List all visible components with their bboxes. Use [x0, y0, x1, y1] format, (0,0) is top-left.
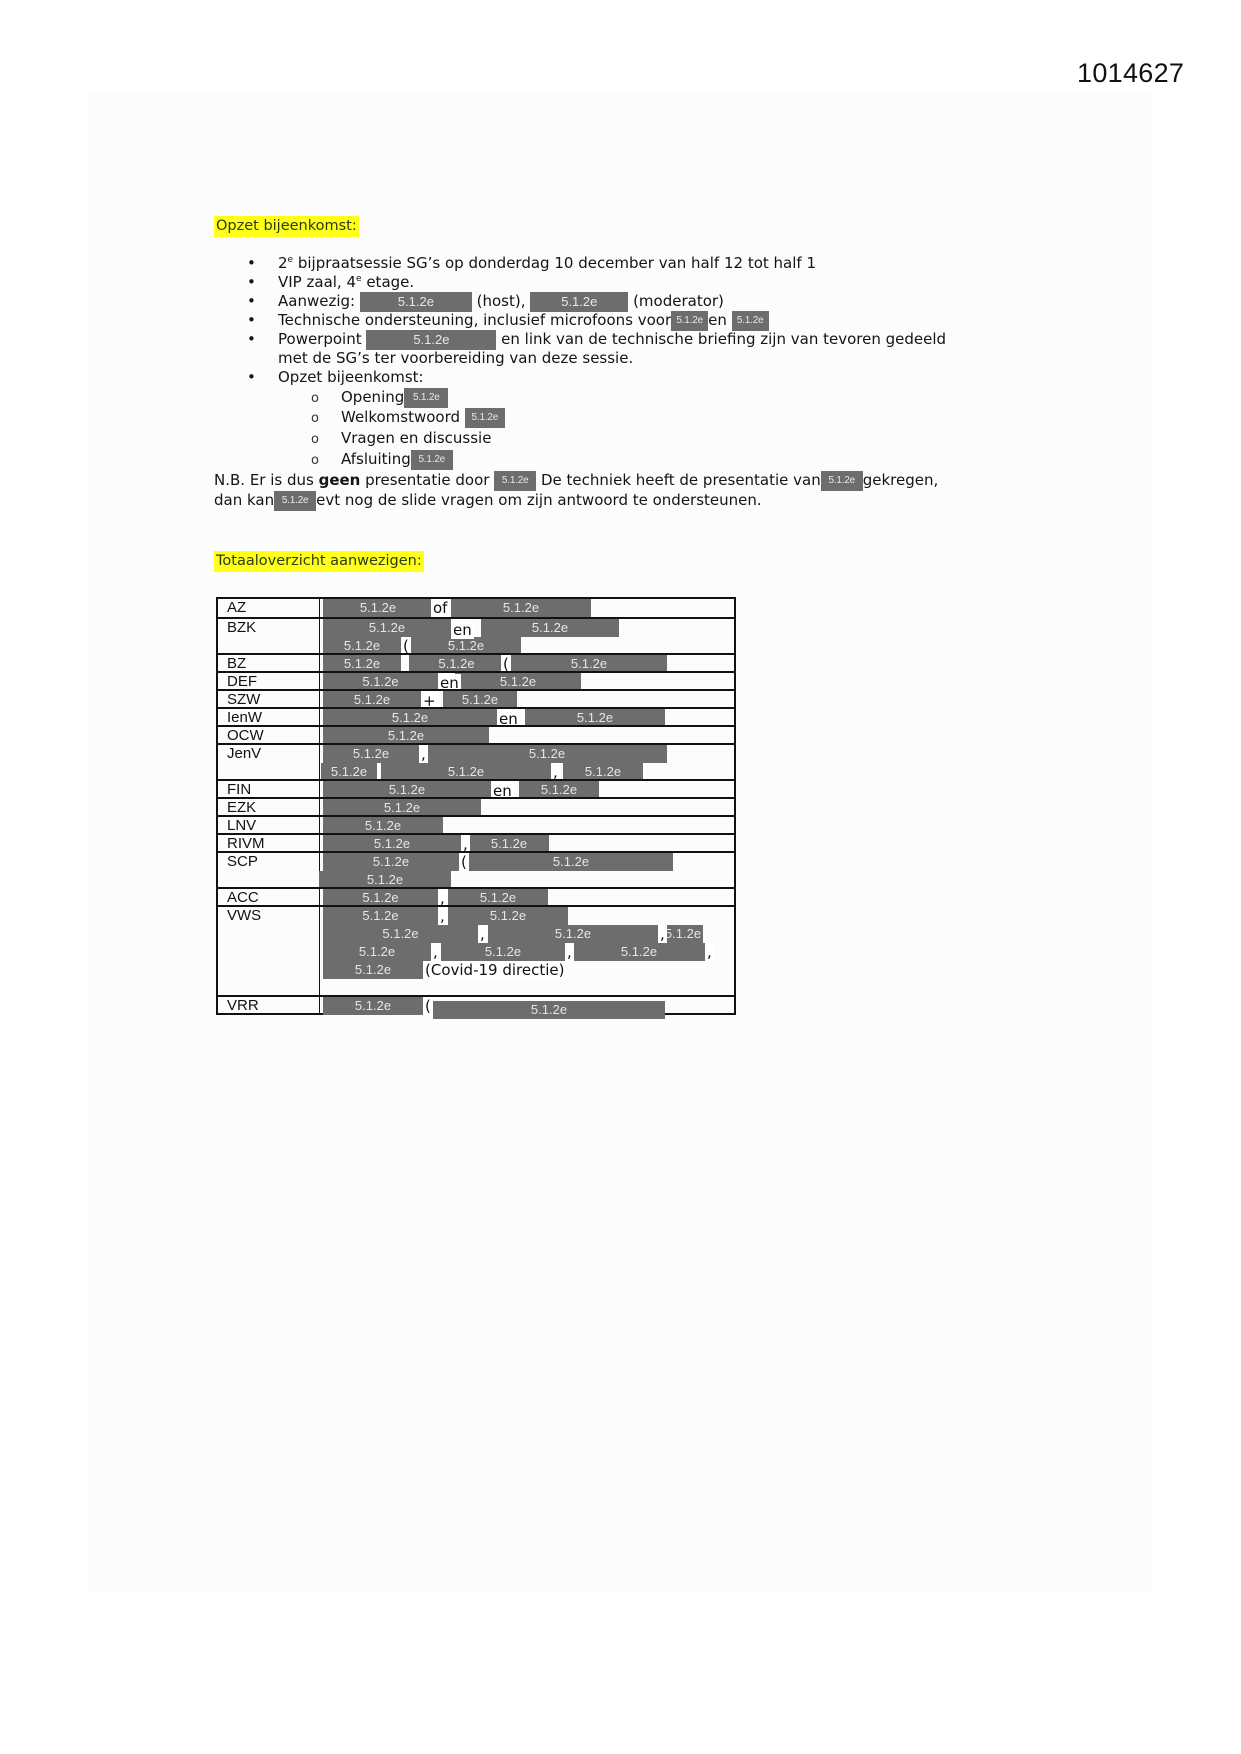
- ministry-label: LNV: [218, 817, 320, 833]
- connector-text: ,: [419, 745, 428, 763]
- connector-text: ,: [431, 943, 440, 961]
- redaction-block: 5.1.2e: [274, 491, 316, 511]
- attendees-cell: 5.1.2e: [320, 799, 734, 815]
- ministry-label: AZ: [218, 599, 320, 617]
- bullet-icon: •: [247, 254, 256, 273]
- bullet-icon: •: [247, 311, 256, 330]
- redaction-block: 5.1.2e: [323, 907, 438, 925]
- ministry-label: OCW: [218, 727, 320, 743]
- ministry-label: JenV: [218, 745, 320, 779]
- ministry-label: BZK: [218, 619, 320, 653]
- sub-item-opening: Opening5.1.2e: [341, 388, 448, 408]
- redaction-block: 5.1.2e: [494, 471, 536, 491]
- connector-text: ,: [565, 943, 574, 961]
- ministry-label: RIVM: [218, 835, 320, 851]
- table-row: AZ5.1.2e5.1.2eof: [218, 599, 734, 617]
- bullet-program: Opzet bijeenkomst:: [278, 368, 424, 387]
- ministry-label: ACC: [218, 889, 320, 905]
- nb-note-line2: dan kan5.1.2eevt nog de slide vragen om …: [214, 491, 762, 511]
- sub-item-closing: Afsluiting5.1.2e: [341, 450, 453, 470]
- redaction-block: 5.1.2e: [469, 853, 673, 871]
- ministry-label: IenW: [218, 709, 320, 725]
- circle-bullet-icon: o: [311, 451, 319, 470]
- connector-text: (Covid-19 directie): [423, 961, 566, 979]
- bullet-powerpoint-continued: met de SG’s ter voorbereiding van deze s…: [278, 349, 633, 368]
- table-row: FIN5.1.2e5.1.2een: [218, 779, 734, 797]
- attendees-cell: 5.1.2e5.1.2e,: [320, 889, 734, 905]
- attendees-cell: 5.1.2e5.1.2e5.1.2e5.1.2e5.1.2e5.1.2e5.1.…: [320, 907, 734, 995]
- redaction-block: 5.1.2e: [323, 943, 431, 961]
- attendees-cell: 5.1.2e5.1.2e5.1.2e(: [320, 853, 734, 887]
- table-row: IenW5.1.2e5.1.2een: [218, 707, 734, 725]
- circle-bullet-icon: o: [311, 409, 319, 428]
- table-row: BZK5.1.2e5.1.2e5.1.2e5.1.2een(: [218, 617, 734, 653]
- table-row: RIVM5.1.2e5.1.2e,: [218, 833, 734, 851]
- attendees-cell: 5.1.2e5.1.2e,: [320, 835, 734, 851]
- connector-text: ,: [438, 907, 447, 925]
- connector-text: of: [431, 599, 449, 617]
- redaction-block: 5.1.2e: [323, 599, 433, 617]
- table-row: JenV5.1.2e5.1.2e5.1.2e5.1.2e5.1.2e,,: [218, 743, 734, 779]
- attendees-cell: 5.1.2e5.1.2e5.1.2e(: [320, 655, 734, 671]
- bullet-icon: •: [247, 292, 256, 311]
- ministry-label: EZK: [218, 799, 320, 815]
- redaction-block: 5.1.2e: [323, 997, 423, 1015]
- connector-text: ,: [478, 925, 487, 943]
- bullet-attendees: Aanwezig: 5.1.2e (host), 5.1.2e (moderat…: [278, 292, 724, 312]
- redaction-block: 5.1.2e: [323, 925, 478, 943]
- redaction-block: 5.1.2e: [821, 471, 863, 491]
- attendees-cell: 5.1.2e: [320, 727, 734, 743]
- attendees-cell: 5.1.2e5.1.2een: [320, 781, 734, 797]
- redaction-block: 5.1.2e: [573, 943, 705, 961]
- circle-bullet-icon: o: [311, 389, 319, 408]
- connector-text: (: [459, 853, 469, 871]
- sub-item-questions: Vragen en discussie: [341, 429, 491, 448]
- table-row: SZW5.1.2e5.1.2e+: [218, 689, 734, 707]
- redaction-block: 5.1.2e: [427, 745, 667, 763]
- redaction-block: 5.1.2e: [481, 619, 619, 637]
- bullet-session-date: 2e bijpraatsessie SG’s op donderdag 10 d…: [278, 254, 816, 273]
- table-row: SCP5.1.2e5.1.2e5.1.2e(: [218, 851, 734, 887]
- connector-text: ,: [705, 943, 714, 961]
- table-row: BZ5.1.2e5.1.2e5.1.2e(: [218, 653, 734, 671]
- table-row: VRR5.1.2e5.1.2e(: [218, 995, 734, 1013]
- connector-text: ,: [658, 925, 667, 943]
- redaction-block: 5.1.2e: [530, 292, 628, 312]
- sub-item-welcome: Welkomstwoord 5.1.2e: [341, 408, 505, 428]
- redaction-block: 5.1.2e: [441, 943, 565, 961]
- ministry-label: FIN: [218, 781, 320, 797]
- attendees-cell: 5.1.2e5.1.2een: [320, 673, 734, 689]
- ministry-label: SZW: [218, 691, 320, 707]
- table-row: LNV5.1.2e: [218, 815, 734, 833]
- attendees-cell: 5.1.2e: [320, 817, 734, 833]
- ministry-label: SCP: [218, 853, 320, 887]
- bullet-icon: •: [247, 330, 256, 349]
- redaction-block: 5.1.2e: [732, 311, 769, 331]
- document-number: 1014627: [1077, 58, 1184, 89]
- attendees-cell: 5.1.2e5.1.2e(: [320, 997, 734, 1013]
- ministry-label: VWS: [218, 907, 320, 995]
- redaction-block: 5.1.2e: [404, 388, 448, 408]
- ministry-label: BZ: [218, 655, 320, 671]
- circle-bullet-icon: o: [311, 430, 319, 449]
- attendees-cell: 5.1.2e5.1.2e5.1.2e5.1.2een(: [320, 619, 734, 653]
- redaction-block: 5.1.2e: [448, 907, 568, 925]
- redaction-block: 5.1.2e: [366, 330, 496, 350]
- bullet-icon: •: [247, 273, 256, 292]
- section-heading-opzet: Opzet bijeenkomst:: [214, 216, 359, 237]
- redaction-block: 5.1.2e: [323, 619, 451, 637]
- connector-text: en: [451, 621, 474, 639]
- table-row: VWS5.1.2e5.1.2e5.1.2e5.1.2e5.1.2e5.1.2e5…: [218, 905, 734, 995]
- attendees-cell: 5.1.2e5.1.2e5.1.2e5.1.2e5.1.2e,,: [320, 745, 734, 779]
- attendees-cell: 5.1.2e5.1.2e+: [320, 691, 734, 707]
- redaction-block: 5.1.2e: [465, 408, 505, 428]
- redaction-block: 5.1.2e: [323, 853, 459, 871]
- bullet-tech-support: Technische ondersteuning, inclusief micr…: [278, 311, 769, 331]
- attendees-table: AZ5.1.2e5.1.2eofBZK5.1.2e5.1.2e5.1.2e5.1…: [216, 597, 736, 1015]
- redaction-block: 5.1.2e: [433, 1001, 665, 1019]
- redaction-block: 5.1.2e: [488, 925, 658, 943]
- connector-text: (: [423, 997, 433, 1015]
- attendees-cell: 5.1.2e5.1.2eof: [320, 599, 734, 617]
- bullet-icon: •: [247, 368, 256, 387]
- table-row: EZK5.1.2e: [218, 797, 734, 815]
- redaction-block: 5.1.2e: [360, 292, 472, 312]
- bullet-powerpoint: Powerpoint 5.1.2e en link van de technis…: [278, 330, 946, 350]
- nb-note-line1: N.B. Er is dus geen presentatie door 5.1…: [214, 471, 938, 491]
- redaction-block: 5.1.2e: [451, 599, 591, 617]
- ministry-label: DEF: [218, 673, 320, 689]
- table-row: DEF5.1.2e5.1.2een: [218, 671, 734, 689]
- table-row: OCW5.1.2e: [218, 725, 734, 743]
- attendees-cell: 5.1.2e5.1.2een: [320, 709, 734, 725]
- table-row: ACC5.1.2e5.1.2e,: [218, 887, 734, 905]
- redaction-block: 5.1.2e: [323, 961, 423, 979]
- bullet-location: VIP zaal, 4e etage.: [278, 273, 414, 292]
- redaction-block: 5.1.2e: [411, 450, 453, 470]
- ministry-label: VRR: [218, 997, 320, 1013]
- section-heading-attendees: Totaaloverzicht aanwezigen:: [214, 551, 424, 572]
- redaction-block: 5.1.2e: [671, 311, 708, 331]
- redaction-block: 5.1.2e: [663, 925, 703, 943]
- redaction-block: 5.1.2e: [323, 745, 419, 763]
